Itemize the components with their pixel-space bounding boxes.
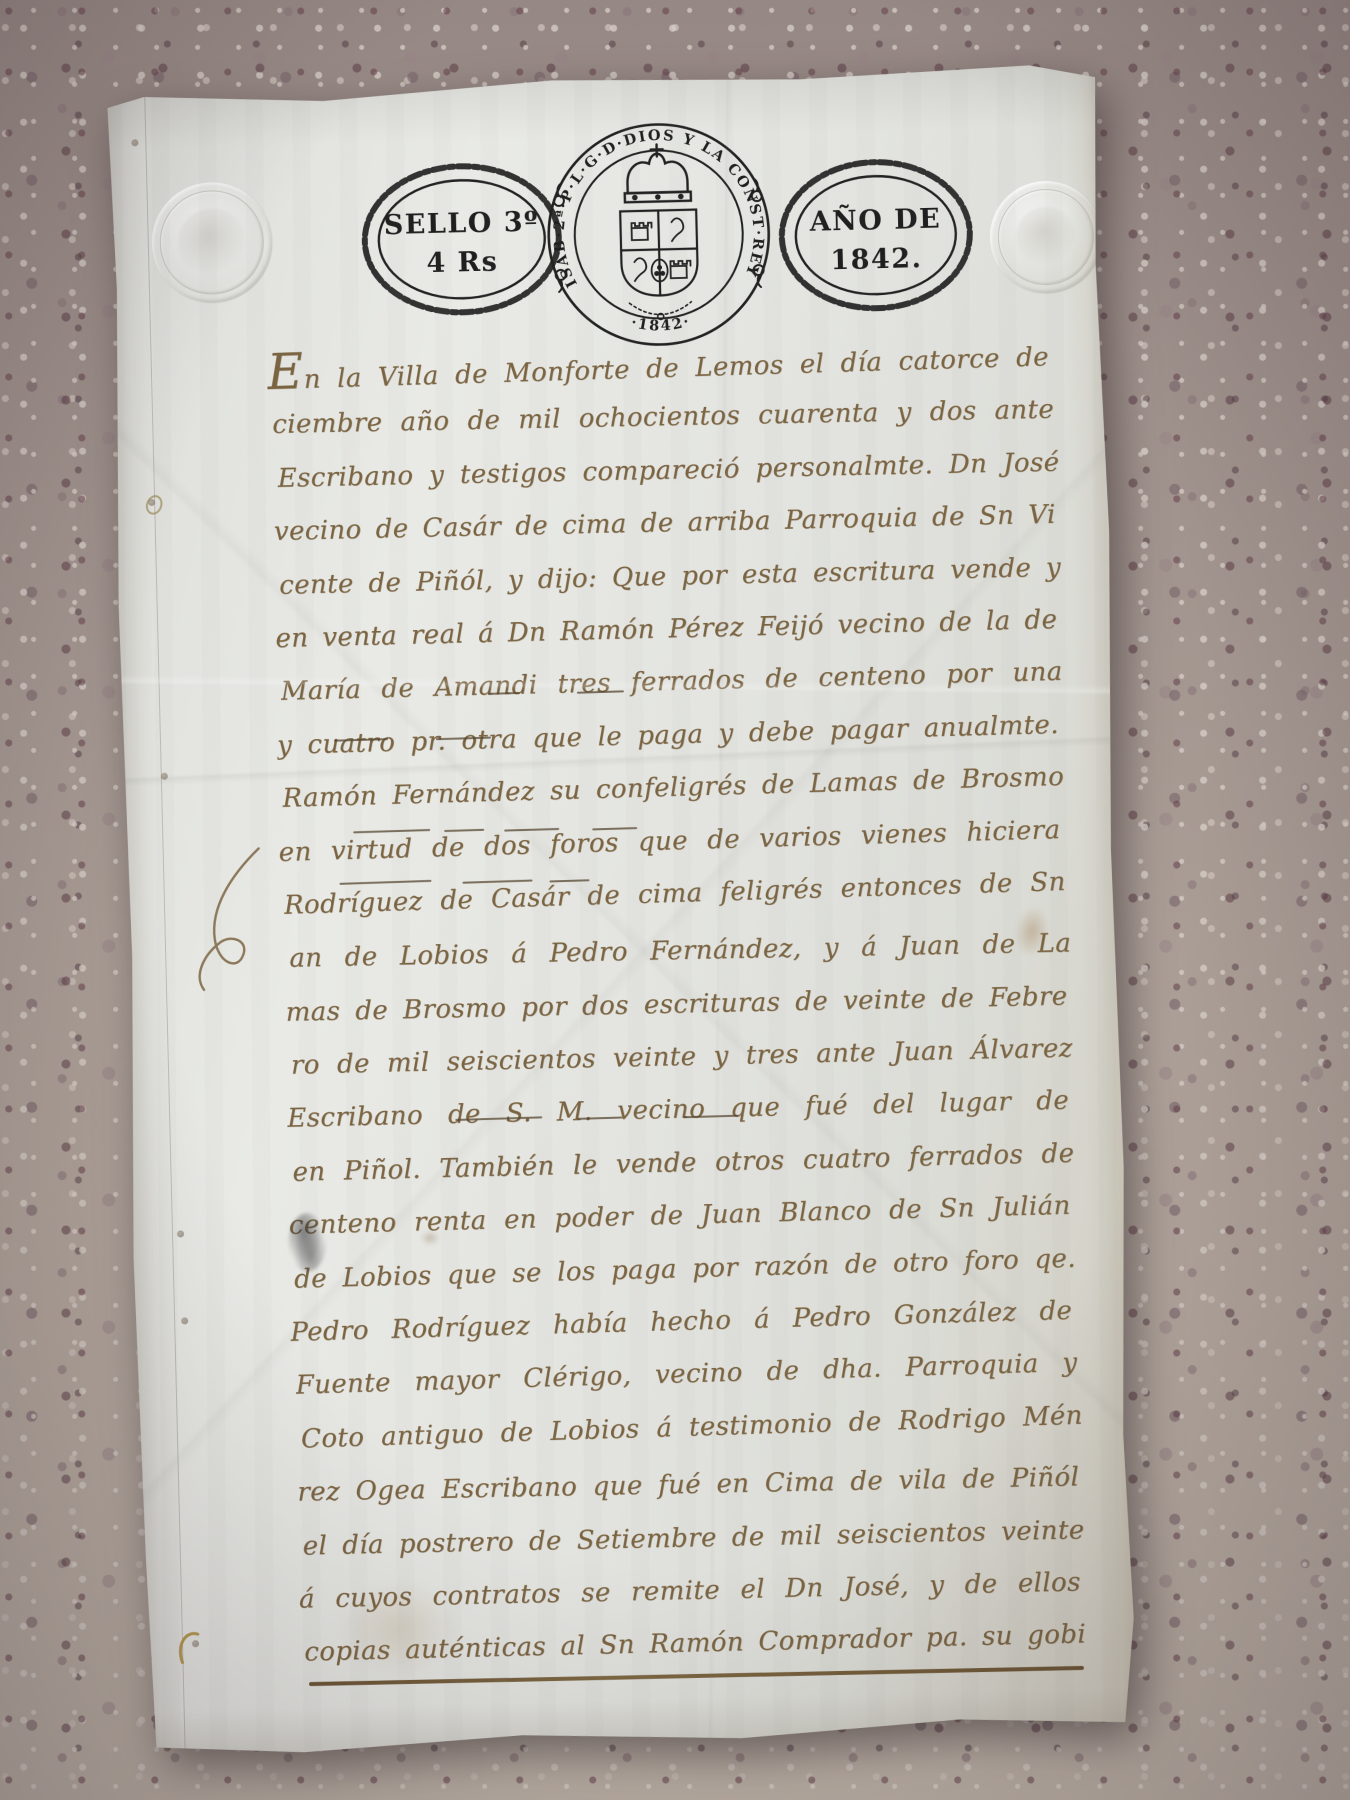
year-value: 1842. bbox=[830, 243, 923, 276]
sello-label: SELLO 3º bbox=[383, 206, 539, 241]
sello-value: 4 Rs bbox=[426, 246, 499, 279]
royal-seal bbox=[546, 122, 771, 347]
binding-thread bbox=[176, 1626, 207, 1667]
manuscript-text: En la Villa de Monforte de Lemos el día … bbox=[270, 327, 1084, 1680]
year-label: AÑO DE bbox=[808, 202, 941, 238]
margin-flourish bbox=[179, 844, 293, 997]
granite-background: ISAB·2ª·P·L·G·D·DIOS Y LA CONST·REYNA DE… bbox=[0, 0, 1350, 1800]
embossed-seal-left bbox=[150, 181, 273, 304]
stitch-hole bbox=[177, 1230, 184, 1237]
stitch-hole bbox=[181, 1317, 188, 1324]
underline-marks bbox=[104, 64, 1099, 88]
coat-of-arms-shield bbox=[620, 210, 699, 321]
binding-stitches bbox=[104, 64, 1099, 88]
paper-sheet: ISAB·2ª·P·L·G·D·DIOS Y LA CONST·REYNA DE… bbox=[104, 64, 1140, 1760]
stitch-hole bbox=[161, 773, 168, 780]
embossed-seal-right bbox=[989, 180, 1104, 295]
document-paper: ISAB·2ª·P·L·G·D·DIOS Y LA CONST·REYNA DE… bbox=[104, 64, 1140, 1760]
left-fold-edge bbox=[104, 87, 186, 1760]
seal-ring-year: ·1842· bbox=[629, 312, 693, 335]
